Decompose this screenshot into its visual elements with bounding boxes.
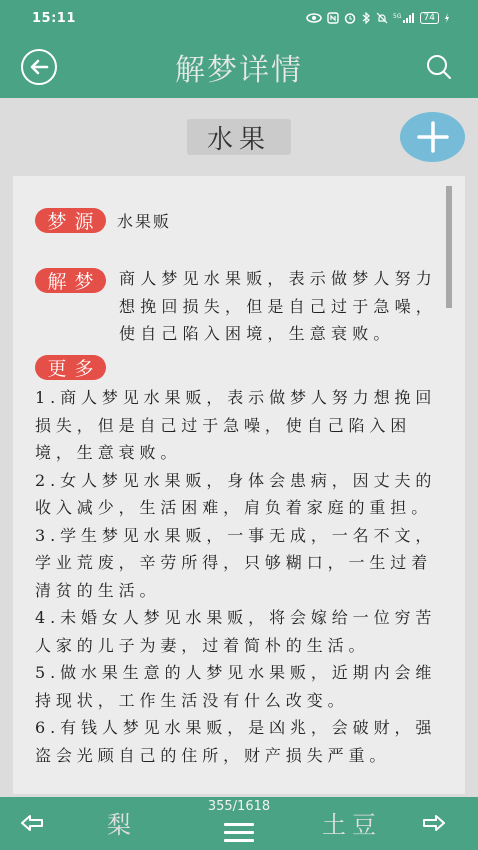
status-time: 15:11 (32, 11, 76, 26)
search-button[interactable] (424, 52, 454, 82)
eye-icon (306, 13, 322, 23)
more-badge: 更多 (35, 355, 106, 380)
nfc-icon (327, 12, 339, 24)
signal-5g-icon: 5G (393, 12, 415, 24)
interpret-line-2: 想挽回损失，但是自己过于急噪， (119, 294, 437, 317)
entry-title: 水果 (187, 119, 291, 155)
bluetooth-icon (361, 12, 371, 24)
source-badge: 梦源 (35, 208, 106, 233)
source-value: 水果贩 (117, 209, 171, 232)
page-title: 解梦详情 (175, 45, 303, 89)
interpret-badge: 解梦 (35, 268, 106, 293)
arrow-left-icon[interactable] (20, 813, 44, 833)
alarm-icon (344, 12, 356, 24)
interpret-line-1: 商人梦见水果贩，表示做梦人努力 (119, 266, 437, 289)
status-bar: 15:11 5G 74 (0, 0, 478, 36)
mute-icon (376, 12, 388, 24)
scrollbar[interactable] (446, 186, 452, 308)
back-arrow-circle-icon (29, 59, 49, 75)
arrow-right-icon[interactable] (422, 813, 446, 833)
add-favorite-button[interactable] (400, 112, 465, 162)
back-button[interactable] (21, 49, 57, 85)
more-text: 1.商人梦见水果贩，表示做梦人努力想挽回损失，但是自己过于急噪，使自己陷入困境，… (35, 384, 445, 769)
battery-indicator: 74 (420, 12, 439, 24)
entry-counter: 355/1618 (0, 799, 478, 814)
charging-icon (444, 13, 450, 23)
next-entry-link[interactable]: 土豆 (322, 805, 382, 840)
menu-icon[interactable] (224, 823, 254, 843)
interpret-line-3: 使自己陷入困境，生意衰败。 (119, 321, 395, 344)
search-icon (424, 52, 454, 82)
status-icons: 5G 74 (306, 12, 450, 24)
bottom-nav: 梨 355/1618 土豆 (0, 797, 478, 850)
app-bar: 解梦详情 (0, 36, 478, 98)
svg-text:5G: 5G (393, 13, 402, 20)
plus-icon (417, 121, 449, 153)
